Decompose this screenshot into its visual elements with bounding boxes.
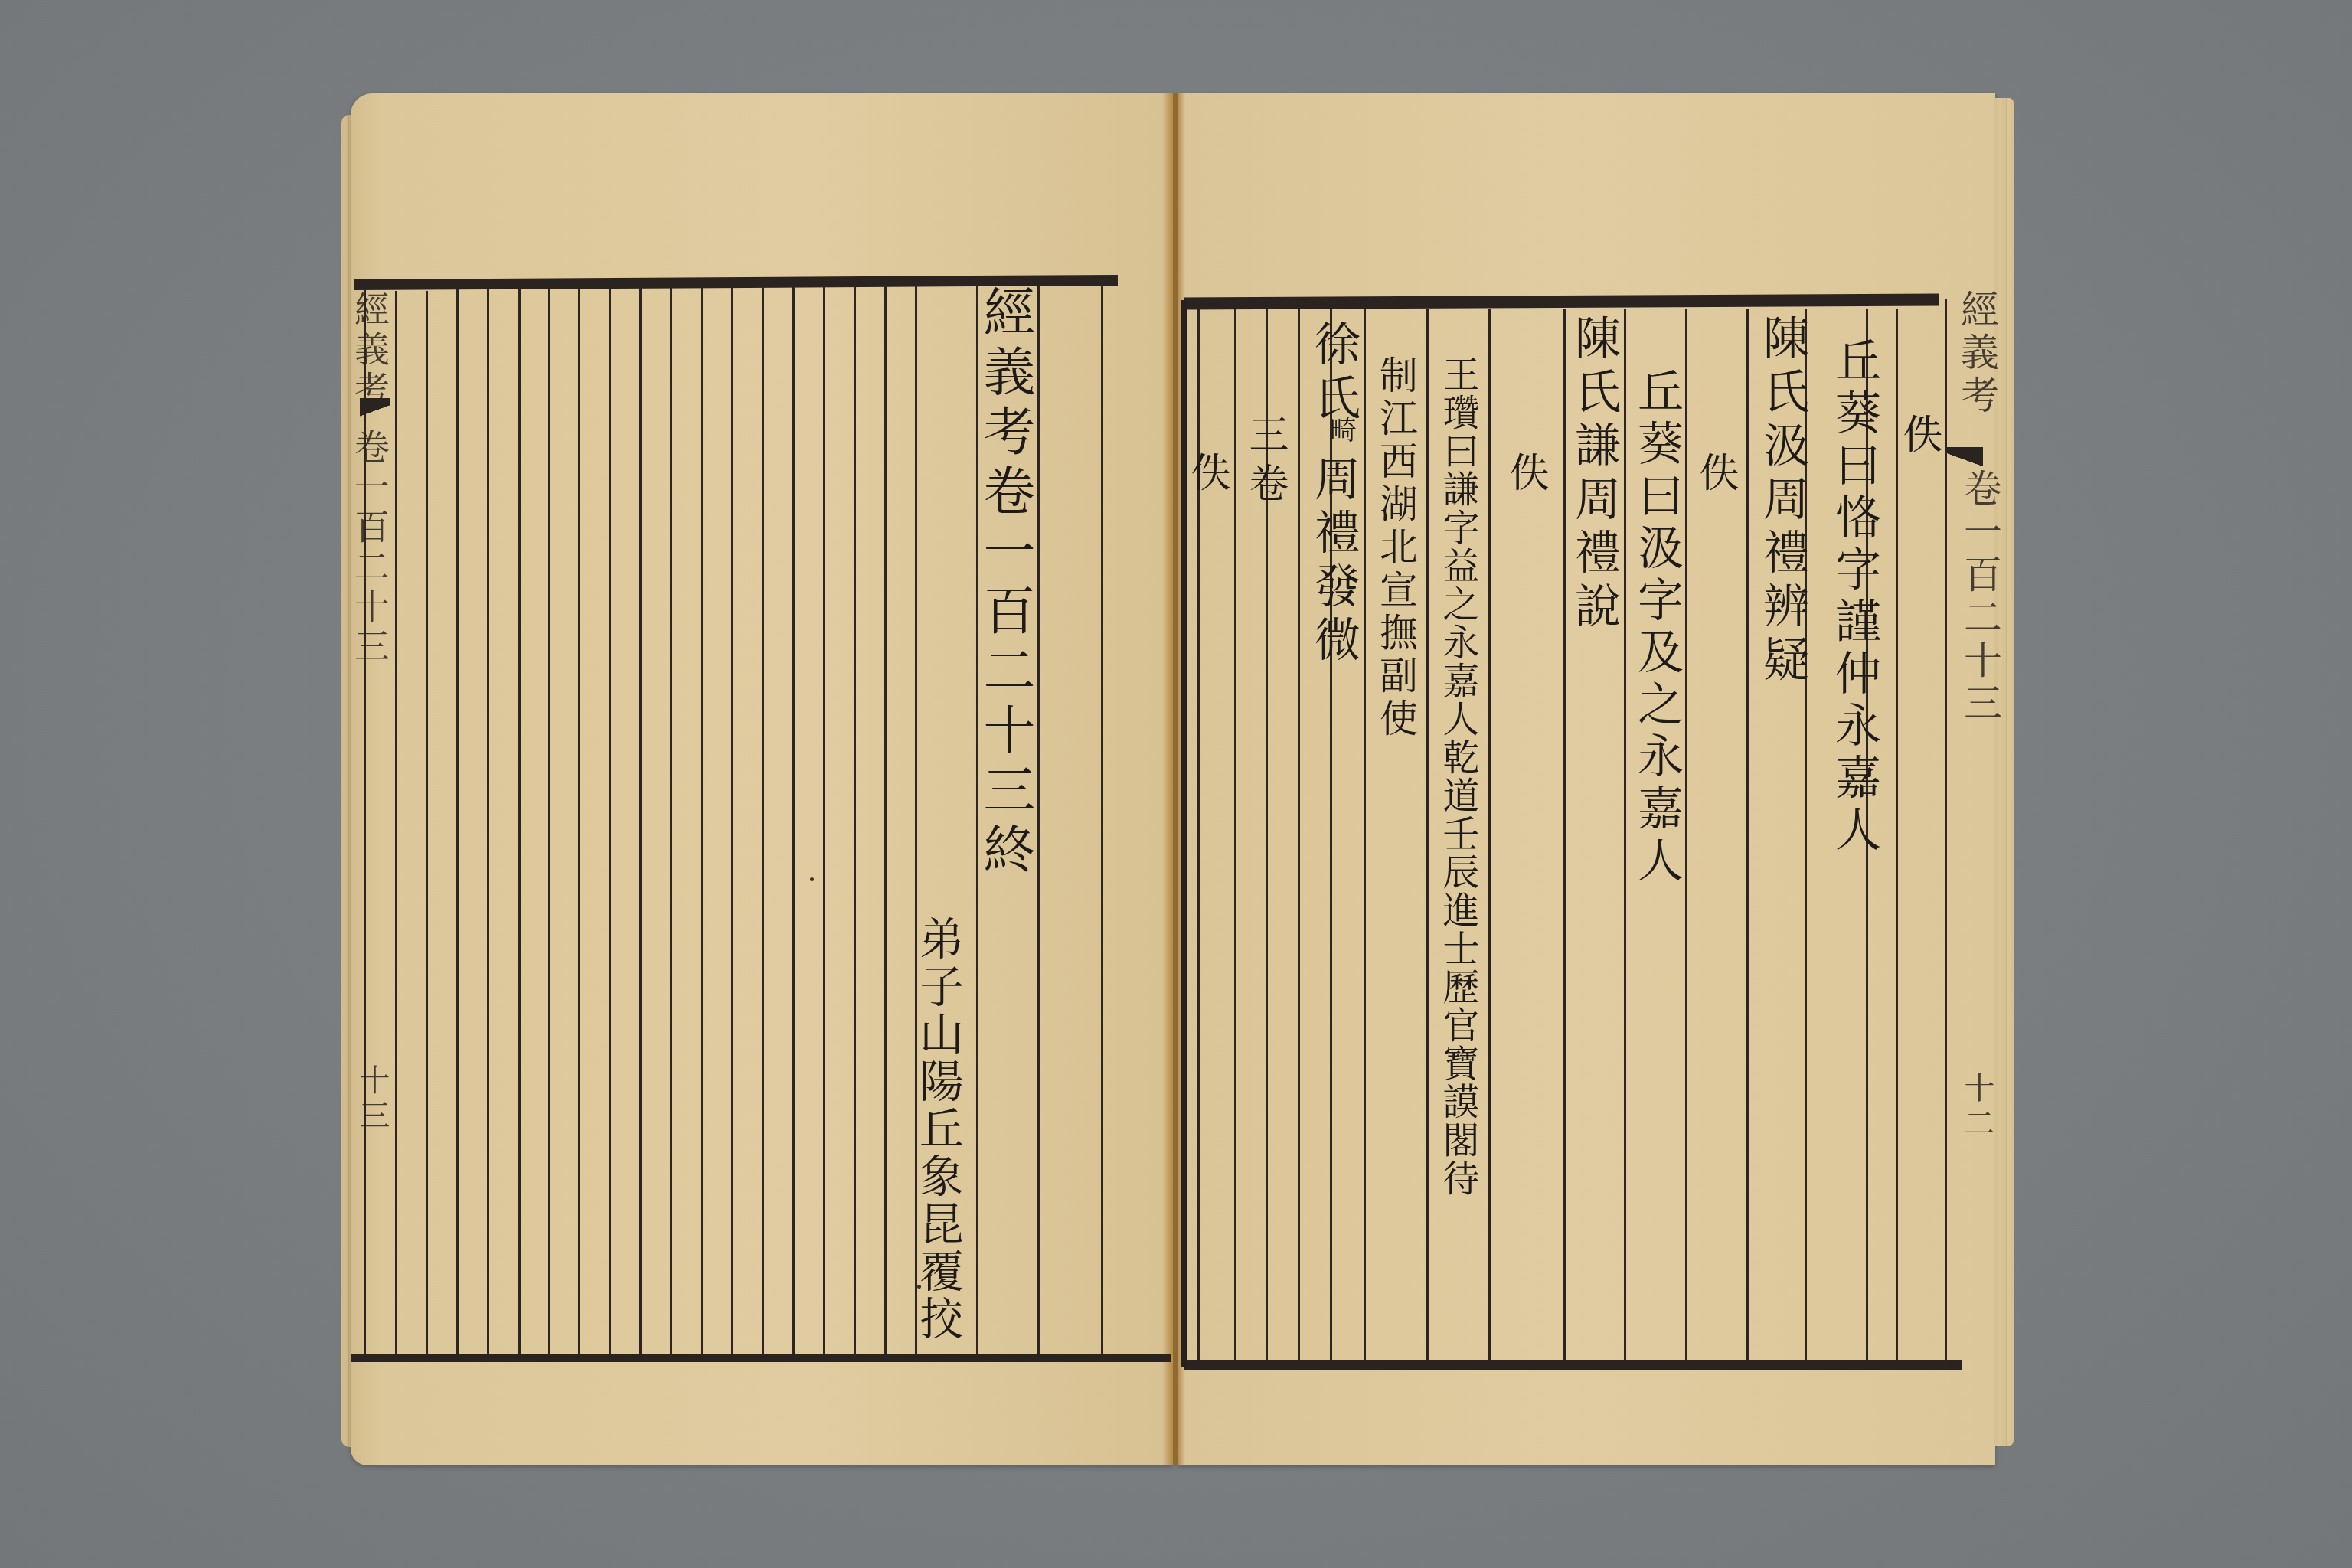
status-lost: 佚 <box>1505 452 1545 501</box>
column-rule <box>456 289 459 1354</box>
column-rule <box>1746 309 1749 1361</box>
column-rule <box>609 288 611 1354</box>
status-lost: 佚 <box>1899 413 1939 462</box>
column-rule <box>518 289 521 1354</box>
entry-title-xu-author: 徐氏 <box>1311 320 1357 427</box>
column-rule <box>792 285 795 1354</box>
column-rule <box>854 285 856 1354</box>
proofreader-credit: 弟子山陽丘象昆覆挍 <box>916 916 960 1343</box>
commentary-wang-zan: 王瓚曰謙字益之永嘉人乾道壬辰進士歷官寶謨閣待 <box>1439 355 1476 1197</box>
left-frame-bottom-border <box>351 1354 1171 1362</box>
entry-title-chen-qian: 陳氏謙周禮說 <box>1571 314 1617 635</box>
column-rule <box>1101 282 1103 1354</box>
column-rule <box>1685 309 1687 1361</box>
column-rule <box>1563 309 1566 1361</box>
right-fold-title: 經義考 <box>1949 289 2004 418</box>
column-rule <box>1234 309 1236 1361</box>
left-fold-page-number: 十三 <box>351 1064 394 1135</box>
column-rule <box>1037 282 1040 1354</box>
ink-speck <box>917 1285 921 1289</box>
column-rule <box>731 286 733 1354</box>
column-rule <box>823 285 825 1354</box>
entry-title-chen-ji: 陳氏汲周禮辨疑 <box>1759 314 1805 689</box>
column-rule <box>639 286 642 1354</box>
column-rule <box>395 291 397 1354</box>
column-rule <box>762 285 764 1354</box>
volume-count: 三卷 <box>1245 413 1285 511</box>
column-rule <box>884 283 887 1354</box>
entry-title-xu-work: 周禮發微 <box>1311 455 1357 669</box>
column-rule <box>426 291 428 1354</box>
column-rule <box>670 286 672 1354</box>
column-rule <box>548 288 550 1354</box>
status-lost: 佚 <box>1695 452 1735 501</box>
book-gutter <box>1173 93 1178 1465</box>
left-fold-title: 經義考 <box>345 291 395 410</box>
fishtail-mark <box>1946 447 1983 469</box>
column-rule <box>487 289 489 1354</box>
column-rule <box>578 288 580 1354</box>
volume-end-title: 經義考卷一百二十三終 <box>978 285 1031 882</box>
commentary-qiu-kui-1: 丘葵曰恪字謹仲永嘉人 <box>1831 337 1877 857</box>
column-rule <box>1364 309 1366 1361</box>
right-fold-page-number: 十二 <box>1955 1072 1999 1142</box>
commentary-wang-zan-continued: 制江西湖北宣撫副使 <box>1377 355 1415 741</box>
column-rule <box>1298 309 1300 1361</box>
ink-speck <box>810 877 814 881</box>
column-rule <box>1488 309 1491 1361</box>
commentary-qiu-kui-2: 丘葵曰汲字及之永嘉人 <box>1634 367 1680 888</box>
column-rule <box>1896 309 1898 1361</box>
right-frame-bottom-border <box>1184 1360 1962 1370</box>
column-rule <box>1426 309 1429 1361</box>
fishtail-mark <box>360 398 390 420</box>
column-rule <box>1624 309 1626 1361</box>
left-fold-volume: 卷一百二十三 <box>345 429 395 668</box>
entry-author-given-name-note: 畸 <box>1328 416 1354 446</box>
status-lost: 佚 <box>1187 452 1227 501</box>
right-fold-volume: 卷一百二十三 <box>1952 469 2007 726</box>
column-rule <box>701 286 703 1354</box>
